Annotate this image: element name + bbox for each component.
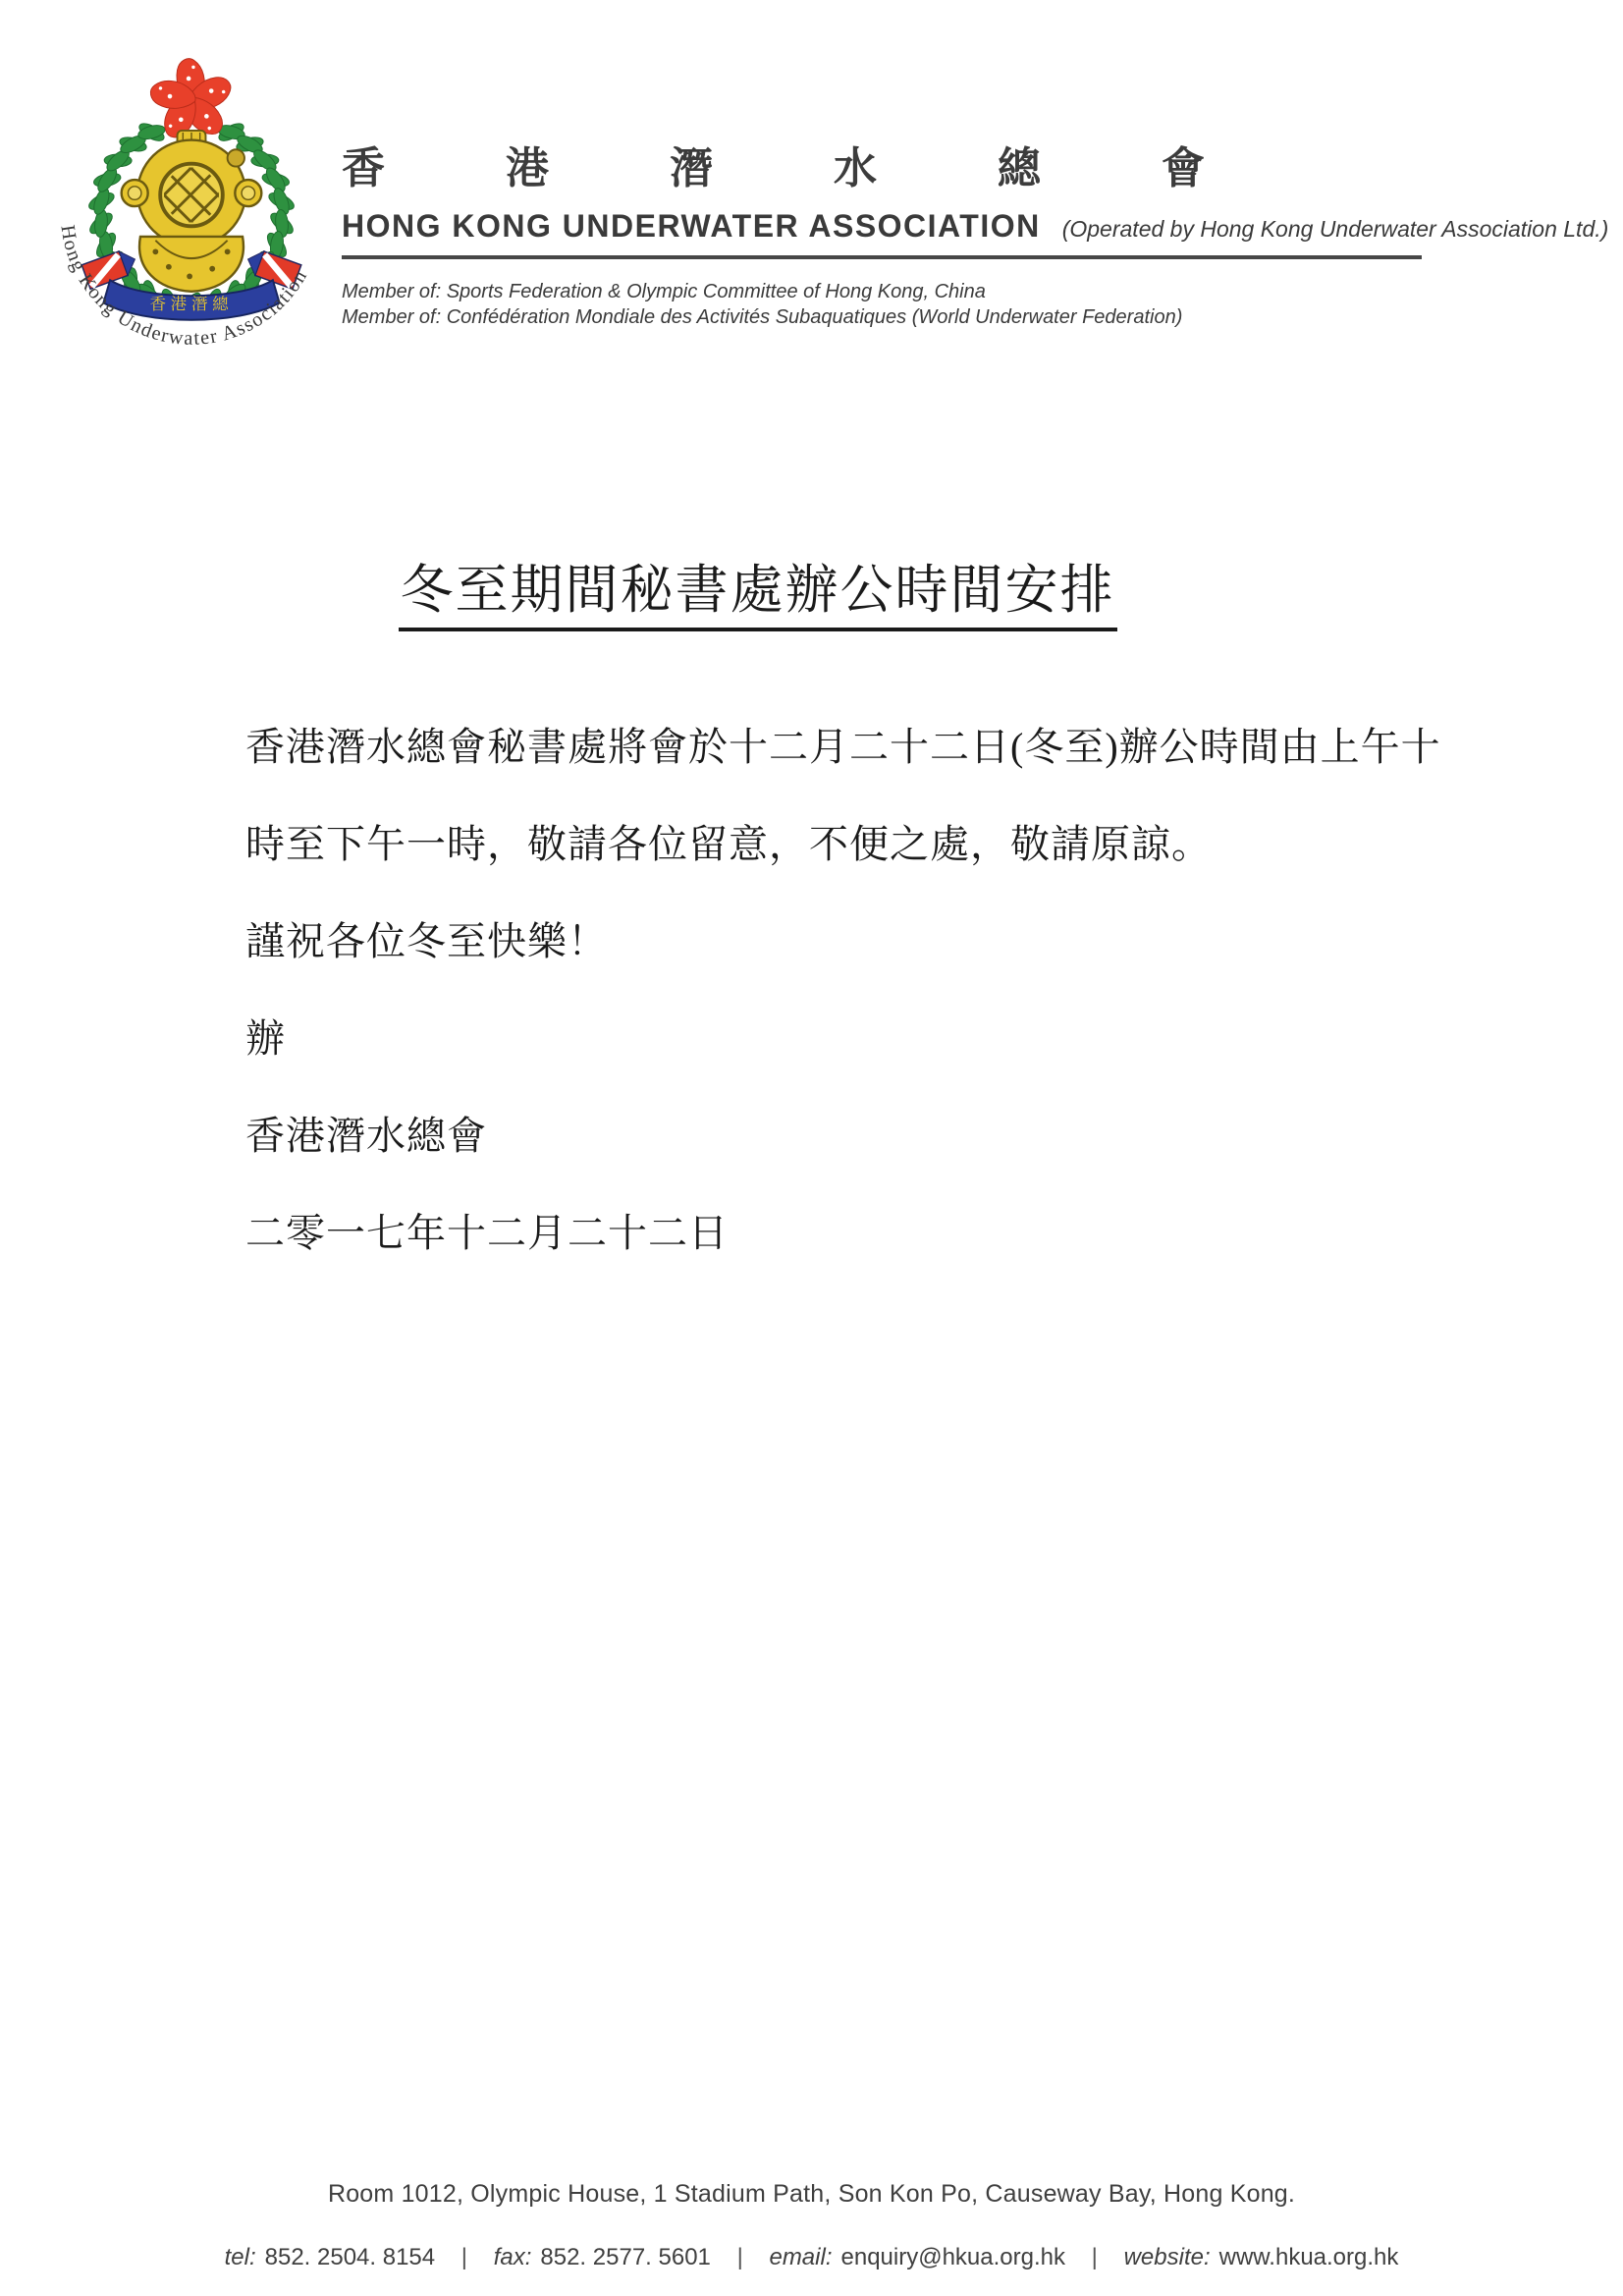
letter-footer: Room 1012, Olympic House, 1 Stadium Path…: [0, 2180, 1623, 2271]
hkua-logo: 香港潛總 Hong Kong Underwater Association: [49, 51, 334, 365]
footer-address: Room 1012, Olympic House, 1 Stadium Path…: [0, 2180, 1623, 2209]
body-paragraph: 香港潛水總會秘書處將會於十二月二十二日(冬至)辦公時間由上午十: [245, 725, 1446, 770]
fax-label: fax:: [494, 2244, 532, 2270]
separator: |: [461, 2244, 467, 2270]
membership-line: Member of: Sports Federation & Olympic C…: [342, 279, 1471, 304]
letterhead: 香 港 潛 水 總 會 HONG KONG UNDERWATER ASSOCIA…: [342, 147, 1471, 330]
body-paragraph: 辦: [245, 1016, 1446, 1062]
document-title: 冬至期間秘書處辦公時間安排: [399, 562, 1117, 631]
body-paragraph: 謹祝各位冬至快樂！: [245, 919, 1446, 964]
diving-helmet-icon: [122, 131, 262, 292]
scanned-letter-page: 香港潛總 Hong Kong Underwater Association 香 …: [0, 0, 1623, 2296]
tel-value: 852. 2504. 8154: [265, 2244, 436, 2270]
letter-body: 香港潛水總會秘書處將會於十二月二十二日(冬至)辦公時間由上午十 時至下午一時，敬…: [245, 725, 1446, 1308]
email-value: enquiry@hkua.org.hk: [841, 2244, 1066, 2270]
email-label: email:: [769, 2244, 832, 2270]
org-name-english: HONG KONG UNDERWATER ASSOCIATION: [342, 208, 1041, 245]
website-label: website:: [1124, 2244, 1211, 2270]
tel-label: tel:: [225, 2244, 256, 2270]
signature-org-name: 香港潛水總會: [245, 1114, 1446, 1159]
separator: |: [737, 2244, 743, 2270]
separator: |: [1092, 2244, 1098, 2270]
footer-contacts: tel:852. 2504. 8154 | fax:852. 2577. 560…: [0, 2244, 1623, 2271]
header-rule: [342, 255, 1422, 259]
banner-text: 香港潛總: [150, 295, 234, 313]
body-paragraph: 時至下午一時，敬請各位留意，不便之處，敬請原諒。: [245, 822, 1446, 867]
membership-line: Member of: Confédération Mondiale des Ac…: [342, 304, 1471, 330]
operated-by-note: (Operated by Hong Kong Underwater Associ…: [1062, 216, 1609, 243]
org-name-chinese: 香 港 潛 水 總 會: [342, 147, 1471, 191]
letter-date: 二零一七年十二月二十二日: [245, 1211, 1446, 1256]
website-value: www.hkua.org.hk: [1219, 2244, 1399, 2270]
fax-value: 852. 2577. 5601: [540, 2244, 711, 2270]
